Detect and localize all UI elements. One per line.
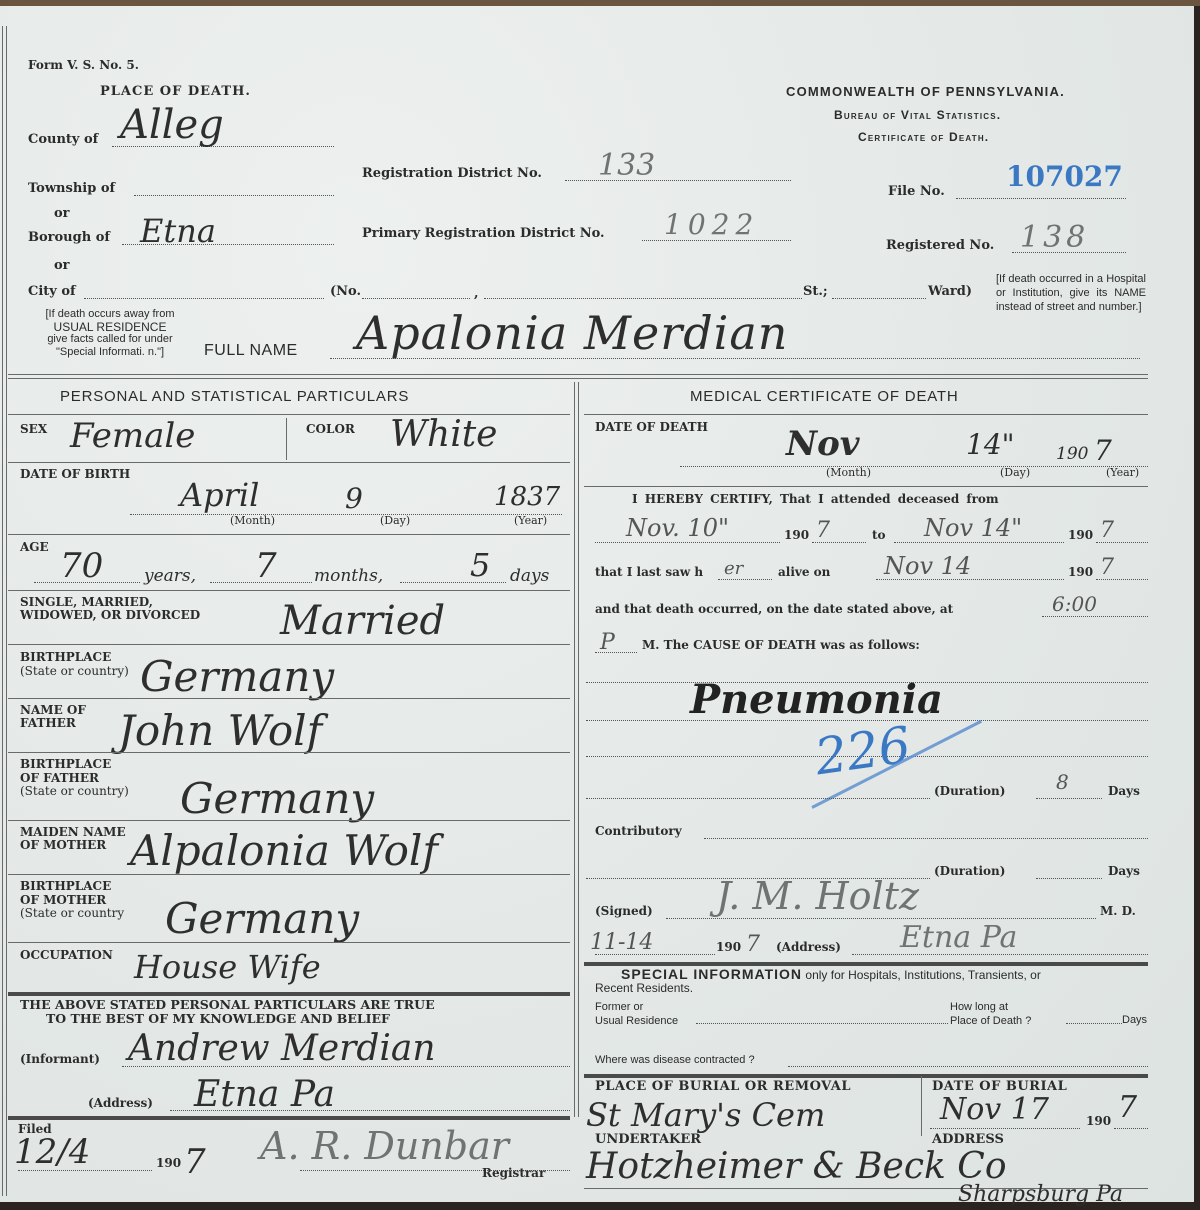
street-label: St.; [803,284,828,299]
medical-heading: MEDICAL CERTIFICATE OF DEATH [690,388,959,405]
township-label: Township of [28,181,115,196]
form-number: Form V. S. No. 5. [28,58,139,72]
burial-year-field[interactable]: 7 [1118,1090,1137,1125]
full-name-label: FULL NAME [204,342,298,360]
month-caption: (Month) [230,514,275,527]
days-label: Days [1108,864,1140,878]
dod-label: DATE OF DEATH [595,420,708,434]
dob-day-field[interactable]: 9 [345,482,363,515]
undertaker-address-label: ADDRESS [932,1132,1004,1147]
ward-label: Ward) [928,284,972,299]
residence-note: [If death occurs away from USUAL RESIDEN… [26,308,194,358]
dob-label: DATE OF BIRTH [20,467,130,481]
age-months-field[interactable]: 7 [255,546,277,586]
attended-to-field[interactable]: Nov 14" [924,514,1022,542]
dob-year-field[interactable]: 1837 [494,482,560,512]
city-label: City of [28,284,76,299]
borough-field[interactable]: Etna [140,212,216,250]
year-caption: (Year) [514,514,547,527]
filed-year-prefix: 190 [156,1156,181,1170]
last-saw-date-field[interactable]: Nov 14 [884,552,971,580]
sex-field[interactable]: Female [70,416,195,456]
undertaker-field[interactable]: Hotzheimer & Beck Co [586,1146,1007,1187]
filed-year-field[interactable]: 7 [184,1142,206,1182]
father-field[interactable]: John Wolf [118,706,322,755]
attestation-text: THE ABOVE STATED PERSONAL PARTICULARS AR… [20,998,435,1026]
township-field[interactable] [134,195,334,196]
month-caption: (Month) [826,466,871,479]
age-label: AGE [20,540,49,554]
duration-field[interactable]: 8 [1056,770,1069,794]
burial-date-field[interactable]: Nov 17 [940,1092,1049,1127]
signed-year-field[interactable]: 7 [746,932,760,957]
dod-month-field[interactable]: Nov [786,424,860,464]
physician-address-label: (Address) [776,940,841,954]
burial-place-label: PLACE OF BURIAL OR REMOVAL [595,1079,851,1094]
color-label: COLOR [306,422,355,436]
father-birthplace-field[interactable]: Germany [180,774,374,823]
months-caption: months, [314,566,383,586]
years-caption: years, [144,566,196,586]
marital-field[interactable]: Married [280,598,445,644]
birthplace-label: BIRTHPLACE (State or country) [20,650,129,678]
pronoun-field[interactable]: er [724,558,743,579]
file-no-label: File No. [888,184,945,199]
days-caption: days [510,566,549,586]
last-saw-year-field[interactable]: 7 [1100,555,1114,580]
header-bureau: Bureau of Vital Statistics. [834,108,1001,122]
undertaker-address-field[interactable]: Sharpsburg Pa [958,1182,1123,1207]
death-time-field[interactable]: 6:00 [1052,592,1097,616]
day-caption: (Day) [380,514,410,527]
header-certificate: Certificate of Death. [858,130,989,144]
ampm-field[interactable]: P [600,630,615,655]
burial-place-field[interactable]: St Mary's Cem [586,1096,825,1134]
contracted-field[interactable] [788,1066,1148,1067]
ward-field[interactable] [832,298,926,299]
signed-label: (Signed) [595,904,653,918]
informant-address-field[interactable]: Etna Pa [194,1074,335,1115]
registrar-signature: A. R. Dunbar [260,1124,509,1168]
mother-birthplace-field[interactable]: Germany [165,894,359,943]
how-long-label: How long at Place of Death ? [950,1000,1031,1028]
year-prefix: 190 [1068,565,1093,579]
physician-address-field[interactable]: Etna Pa [900,920,1017,955]
how-long-field[interactable] [1066,1023,1122,1024]
duration-label: (Duration) [934,784,1005,798]
mother-label: MAIDEN NAME OF MOTHER [20,826,126,852]
contributory-label: Contributory [595,824,682,838]
left-border [2,26,7,1196]
borough-label: Borough of [28,230,110,245]
to-label: to [872,528,886,542]
death-time-label: and that death occurred, on the date sta… [595,602,953,616]
occupation-label: OCCUPATION [20,948,113,962]
color-field[interactable]: White [390,414,497,455]
contributory-duration-field[interactable] [1036,878,1102,879]
registration-district-field[interactable]: 133 [598,148,655,183]
informant-address-label: (Address) [88,1096,153,1110]
birthplace-field[interactable]: Germany [140,652,334,701]
duration-label: (Duration) [934,864,1005,878]
attended-to-year-field[interactable]: 7 [1100,518,1114,543]
last-saw-label: that I last saw h [595,565,703,579]
informant-label: (Informant) [20,1052,100,1066]
year-prefix: 190 [784,528,809,542]
mother-field[interactable]: Alpalonia Wolf [130,826,438,875]
contributory-field[interactable] [704,838,1148,839]
contracted-label: Where was disease contracted ? [595,1054,755,1066]
alive-on-label: alive on [778,565,830,579]
cause-label: M. The CAUSE OF DEATH was as follows: [642,638,920,652]
attended-from-year-field[interactable]: 7 [816,518,830,543]
former-residence-label: Former or Usual Residence [595,1000,678,1028]
city-field[interactable] [84,298,324,299]
dod-day-field[interactable]: 14" [966,428,1015,461]
md-label: M. D. [1100,904,1136,918]
filed-date-field[interactable]: 12/4 [14,1132,90,1172]
death-certificate: Form V. S. No. 5. PLACE OF DEATH. COMMON… [0,6,1194,1202]
undertaker-label: UNDERTAKER [595,1132,701,1147]
dod-year-prefix: 190 [1056,444,1088,464]
sex-label: SEX [20,422,47,436]
year-prefix: 190 [716,940,741,954]
registered-no-field[interactable]: 138 [1020,220,1089,255]
or-text: or [54,258,70,273]
column-divider [574,382,579,1117]
or-text: or [54,206,70,221]
attended-from-field[interactable]: Nov. 10" [626,514,729,542]
registrar-label: Registrar [482,1166,545,1180]
signed-date-field[interactable]: 11-14 [590,930,653,955]
physician-signature: J. M. Holtz [716,874,919,918]
county-label: County of [28,132,98,147]
certify-text: I HEREBY CERTIFY, That I attended deceas… [632,492,999,506]
file-no-stamp: 107027 [1006,160,1123,193]
hospital-note: [If death occurred in a Hospital or Inst… [996,272,1146,314]
occupation-field[interactable]: House Wife [134,948,321,986]
father-label: NAME OF FATHER [20,704,86,730]
days-label: Days [1108,784,1140,798]
dob-month-field[interactable]: April [180,476,259,514]
age-years-field[interactable]: 70 [60,546,103,586]
year-caption: (Year) [1106,466,1139,479]
county-field[interactable]: Alleg [120,102,224,148]
age-days-field[interactable]: 5 [470,546,490,584]
personal-heading: PERSONAL AND STATISTICAL PARTICULARS [60,388,409,405]
marital-label: SINGLE, MARRIED, WIDOWED, OR DIVORCED [20,596,200,622]
street-field[interactable] [484,298,802,299]
registered-no-label: Registered No. [886,238,994,253]
year-prefix: 190 [1086,1114,1111,1128]
street-no-field[interactable] [362,298,470,299]
full-name-field[interactable]: Apalonia Merdian [356,306,788,360]
special-heading: SPECIAL INFORMATION only for Hospitals, … [595,968,1151,995]
year-prefix: 190 [1068,528,1093,542]
day-caption: (Day) [1000,466,1030,479]
dod-year-field[interactable]: 7 [1094,434,1112,467]
father-birthplace-label: BIRTHPLACE OF FATHER (State or country) [20,758,129,799]
street-no-label: (No. [330,284,361,299]
primary-district-field[interactable]: 1022 [664,208,759,241]
days-label: Days [1122,1014,1147,1026]
header-commonwealth: COMMONWEALTH OF PENNSYLVANIA. [786,84,1065,99]
primary-district-label: Primary Registration District No. [362,226,605,241]
informant-field[interactable]: Andrew Merdian [128,1028,436,1069]
former-residence-field[interactable] [696,1023,948,1024]
place-of-death-heading: PLACE OF DEATH. [100,84,251,99]
mother-birthplace-label: BIRTHPLACE OF MOTHER (State or country [20,880,124,921]
cause-code-annotation: 226 [811,716,914,787]
registration-district-label: Registration District No. [362,166,542,181]
